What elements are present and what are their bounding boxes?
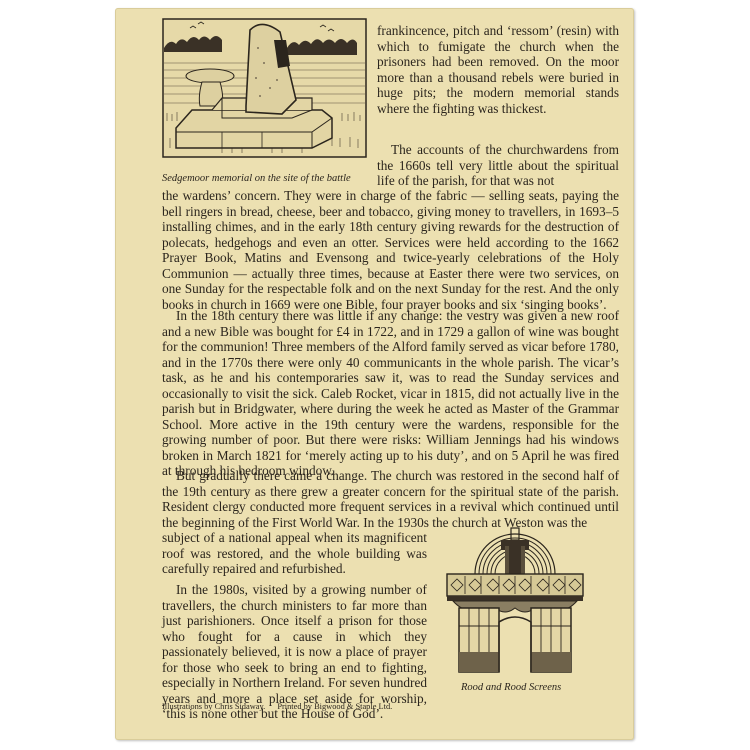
rood-screen-illustration — [445, 526, 585, 676]
paragraph-frankincense: frankincence, pitch and ‘ressom’ (resin)… — [377, 23, 619, 116]
paragraph-churchwardens-intro: The accounts of the churchwardens from t… — [377, 142, 619, 189]
paragraph-18th-century: In the 18th century there was little if … — [162, 308, 619, 479]
leaflet-page: Sedgemoor memorial on the site of the ba… — [115, 8, 634, 740]
paragraph-text: But gradually there came a change. The c… — [162, 468, 619, 530]
paragraph-text: In the 1980s, visited by a growing numbe… — [162, 582, 427, 722]
printer-credit: Printed by Bigwood & Staple Ltd. — [277, 702, 392, 711]
paragraph-text: frankincence, pitch and ‘ressom’ (resin)… — [377, 23, 619, 116]
paragraph-text: subject of a national appeal when its ma… — [162, 530, 427, 577]
paragraph-text: The accounts of the churchwardens from t… — [377, 142, 619, 189]
paragraph-national-appeal: subject of a national appeal when its ma… — [162, 530, 427, 577]
credits-line: Illustrations by Chris Sidaway. Printed … — [162, 702, 402, 711]
paragraph-gradual-change: But gradually there came a change. The c… — [162, 468, 619, 530]
paragraph-1980s: In the 1980s, visited by a growing numbe… — [162, 582, 427, 722]
illustrator-credit: Illustrations by Chris Sidaway. — [162, 702, 265, 711]
paragraph-wardens-concern: the wardens’ concern. They were in charg… — [162, 188, 619, 312]
rood-screen-caption: Rood and Rood Screens — [461, 682, 561, 693]
paragraph-text: the wardens’ concern. They were in charg… — [162, 188, 619, 312]
paragraph-text: In the 18th century there was little if … — [162, 308, 619, 479]
memorial-caption: Sedgemoor memorial on the site of the ba… — [162, 173, 351, 184]
sedgemoor-memorial-illustration — [162, 18, 367, 158]
